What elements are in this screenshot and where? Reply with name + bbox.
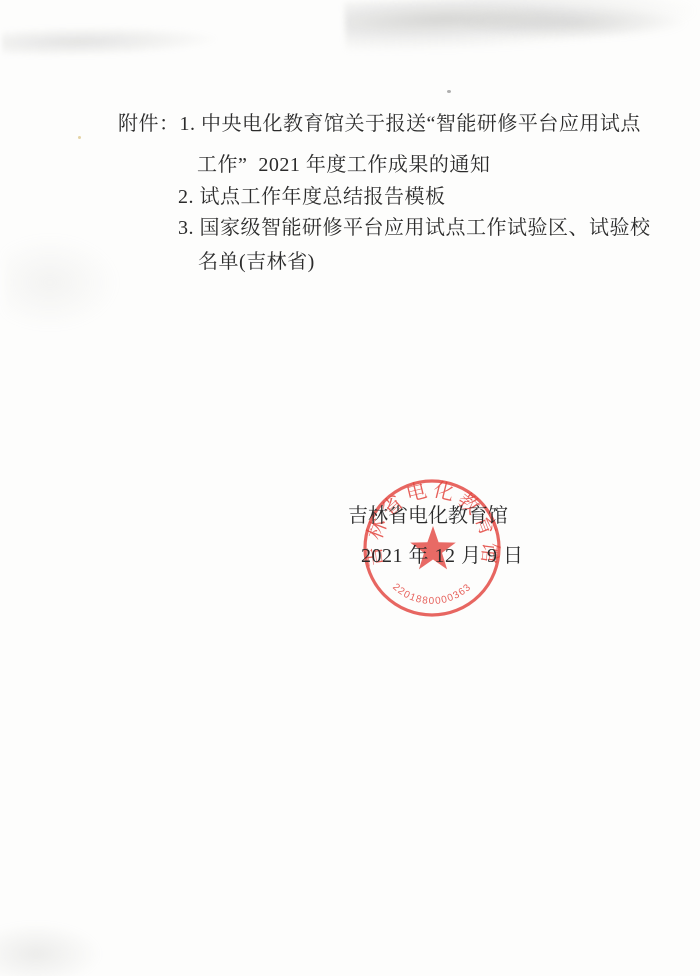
scan-smudge-top-right-2 — [455, 6, 690, 40]
scanned-document-page: 附件：1. 中央电化教育馆关于报送“智能研修平台应用试点 工作” 2021 年度… — [0, 0, 700, 976]
scan-smudge-top-left — [2, 24, 217, 58]
seal-serial-number: 2201880000363 — [390, 582, 474, 607]
attachment-line-5: 名单(吉林省) — [198, 250, 315, 274]
scan-smudge-top-right — [344, 0, 696, 54]
scan-smudge-mid-left — [4, 235, 119, 330]
scan-speck — [447, 90, 451, 93]
attachment-line-4: 3. 国家级智能研修平台应用试点工作试验区、试验校 — [178, 216, 651, 240]
attachment-line-2: 工作” 2021 年度工作成果的通知 — [197, 153, 490, 177]
attachment-line-1: 附件：1. 中央电化教育馆关于报送“智能研修平台应用试点 — [118, 112, 641, 136]
signature-date: 2021 年 12 月 9 日 — [361, 544, 524, 568]
attachment-line-3: 2. 试点工作年度总结报告模板 — [178, 185, 446, 209]
scan-smudge-bottom-left — [0, 922, 102, 976]
signature-organization: 吉林省电化教育馆 — [348, 504, 508, 528]
scan-speck-2 — [78, 136, 81, 139]
